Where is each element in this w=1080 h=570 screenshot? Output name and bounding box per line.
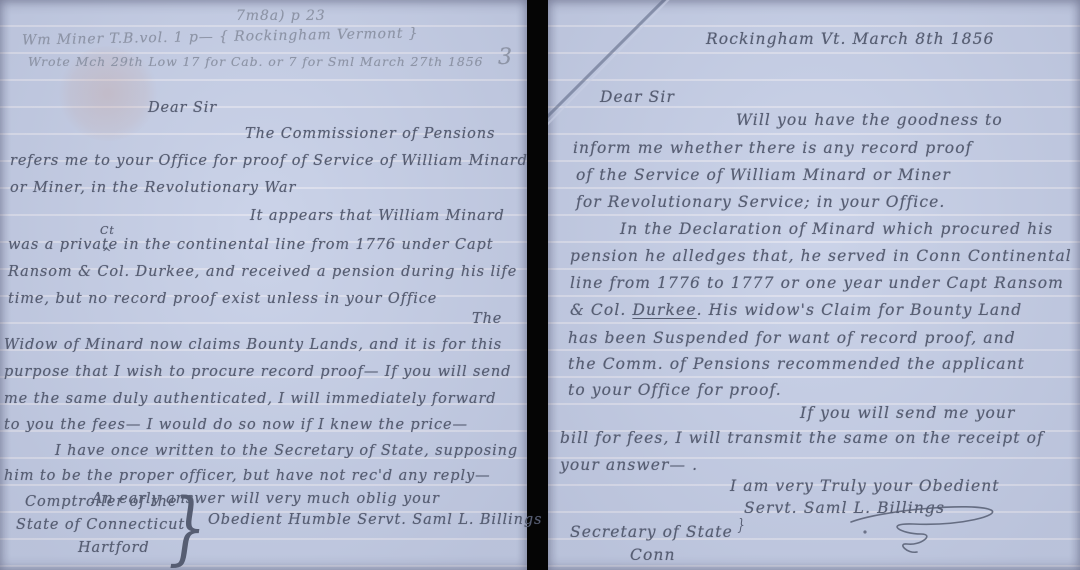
address-line: Secretary of State (570, 523, 733, 541)
pencil-squiggle: 3 (498, 45, 513, 70)
letter-line-fragment: . His widow's Claim for Bounty Land (697, 301, 1023, 319)
letter-line: was a private in the continental line fr… (8, 237, 493, 253)
signature-line: Obedient Humble Servt. Saml L. Billings (208, 512, 542, 528)
letter-line: The (472, 311, 502, 327)
letter-line: for Revolutionary Service; in your Offic… (576, 193, 945, 211)
letter-line: I have once written to the Secretary of … (55, 443, 518, 459)
letter-line: bill for fees, I will transmit the same … (560, 429, 1044, 447)
address-line: Comptroller of the (25, 494, 177, 510)
letter-line: of the Service of William Minard or Mine… (576, 166, 951, 184)
letter-line: It appears that William Minard (250, 208, 505, 224)
fold-crease-line (548, 0, 748, 160)
insertion-text: Ct (100, 224, 115, 237)
pencil-annotation: Wrote Mch 29th Low 17 for Cab. or 7 for … (28, 54, 483, 69)
letter-line: inform me whether there is any record pr… (573, 139, 973, 157)
salutation: Dear Sir (148, 100, 217, 116)
letter-line-fragment: & Col. (570, 301, 632, 319)
letter-line: refers me to your Office for proof of Se… (10, 153, 528, 169)
letter-line: him to be the proper officer, but have n… (4, 468, 490, 484)
letter-scan: 7m8a) p 23 Wm Miner T.B.vol. 1 p— { Rock… (0, 0, 1080, 570)
letter-line: & Col. Durkee. His widow's Claim for Bou… (570, 301, 1022, 319)
letter-line: to your Office for proof. (568, 381, 782, 399)
letter-line: time, but no record proof exist unless i… (8, 291, 437, 307)
letter-line: I am very Truly your Obedient (730, 477, 1000, 495)
letter-line: the Comm. of Pensions recommended the ap… (568, 355, 1025, 373)
letter-line: Widow of Minard now claims Bounty Lands,… (4, 337, 502, 353)
letter-line: has been Suspended for want of record pr… (568, 329, 1016, 347)
signature-flourish (843, 500, 1003, 565)
pencil-annotation: 7m8a) p 23 (236, 8, 326, 24)
letter-line: Ransom & Col. Durkee, and received a pen… (8, 264, 517, 280)
letter-line: line from 1776 to 1777 or one year under… (570, 274, 1064, 292)
letter-line: your answer— . (560, 456, 698, 474)
address-brace: } (168, 488, 206, 568)
letter-line: If you will send me your (800, 404, 1016, 422)
address-line: State of Connecticut (16, 517, 185, 533)
pencil-annotation: Wm Miner T.B.vol. 1 p— { Rockingham Verm… (22, 26, 419, 49)
address-brace: } (737, 518, 745, 534)
salutation: Dear Sir (600, 88, 675, 106)
letter-line: The Commissioner of Pensions (245, 126, 495, 142)
left-page: 7m8a) p 23 Wm Miner T.B.vol. 1 p— { Rock… (0, 0, 527, 570)
address-line: Hartford (78, 540, 150, 556)
right-page: Rockingham Vt. March 8th 1856 Dear Sir W… (548, 0, 1080, 570)
letter-line: In the Declaration of Minard which procu… (620, 220, 1053, 238)
letter-line: or Miner, in the Revolutionary War (10, 180, 296, 196)
letter-line: pension he alledges that, he served in C… (570, 247, 1072, 265)
letter-line: purpose that I wish to procure record pr… (4, 364, 511, 380)
address-line: Conn (630, 546, 676, 564)
underlined-name: Durkee (632, 301, 696, 319)
letter-line: to you the fees— I would do so now if I … (4, 417, 468, 433)
letter-line: me the same duly authenticated, I will i… (4, 391, 496, 407)
letter-line: Will you have the goodness to (736, 111, 1003, 129)
dateline: Rockingham Vt. March 8th 1856 (706, 30, 995, 48)
